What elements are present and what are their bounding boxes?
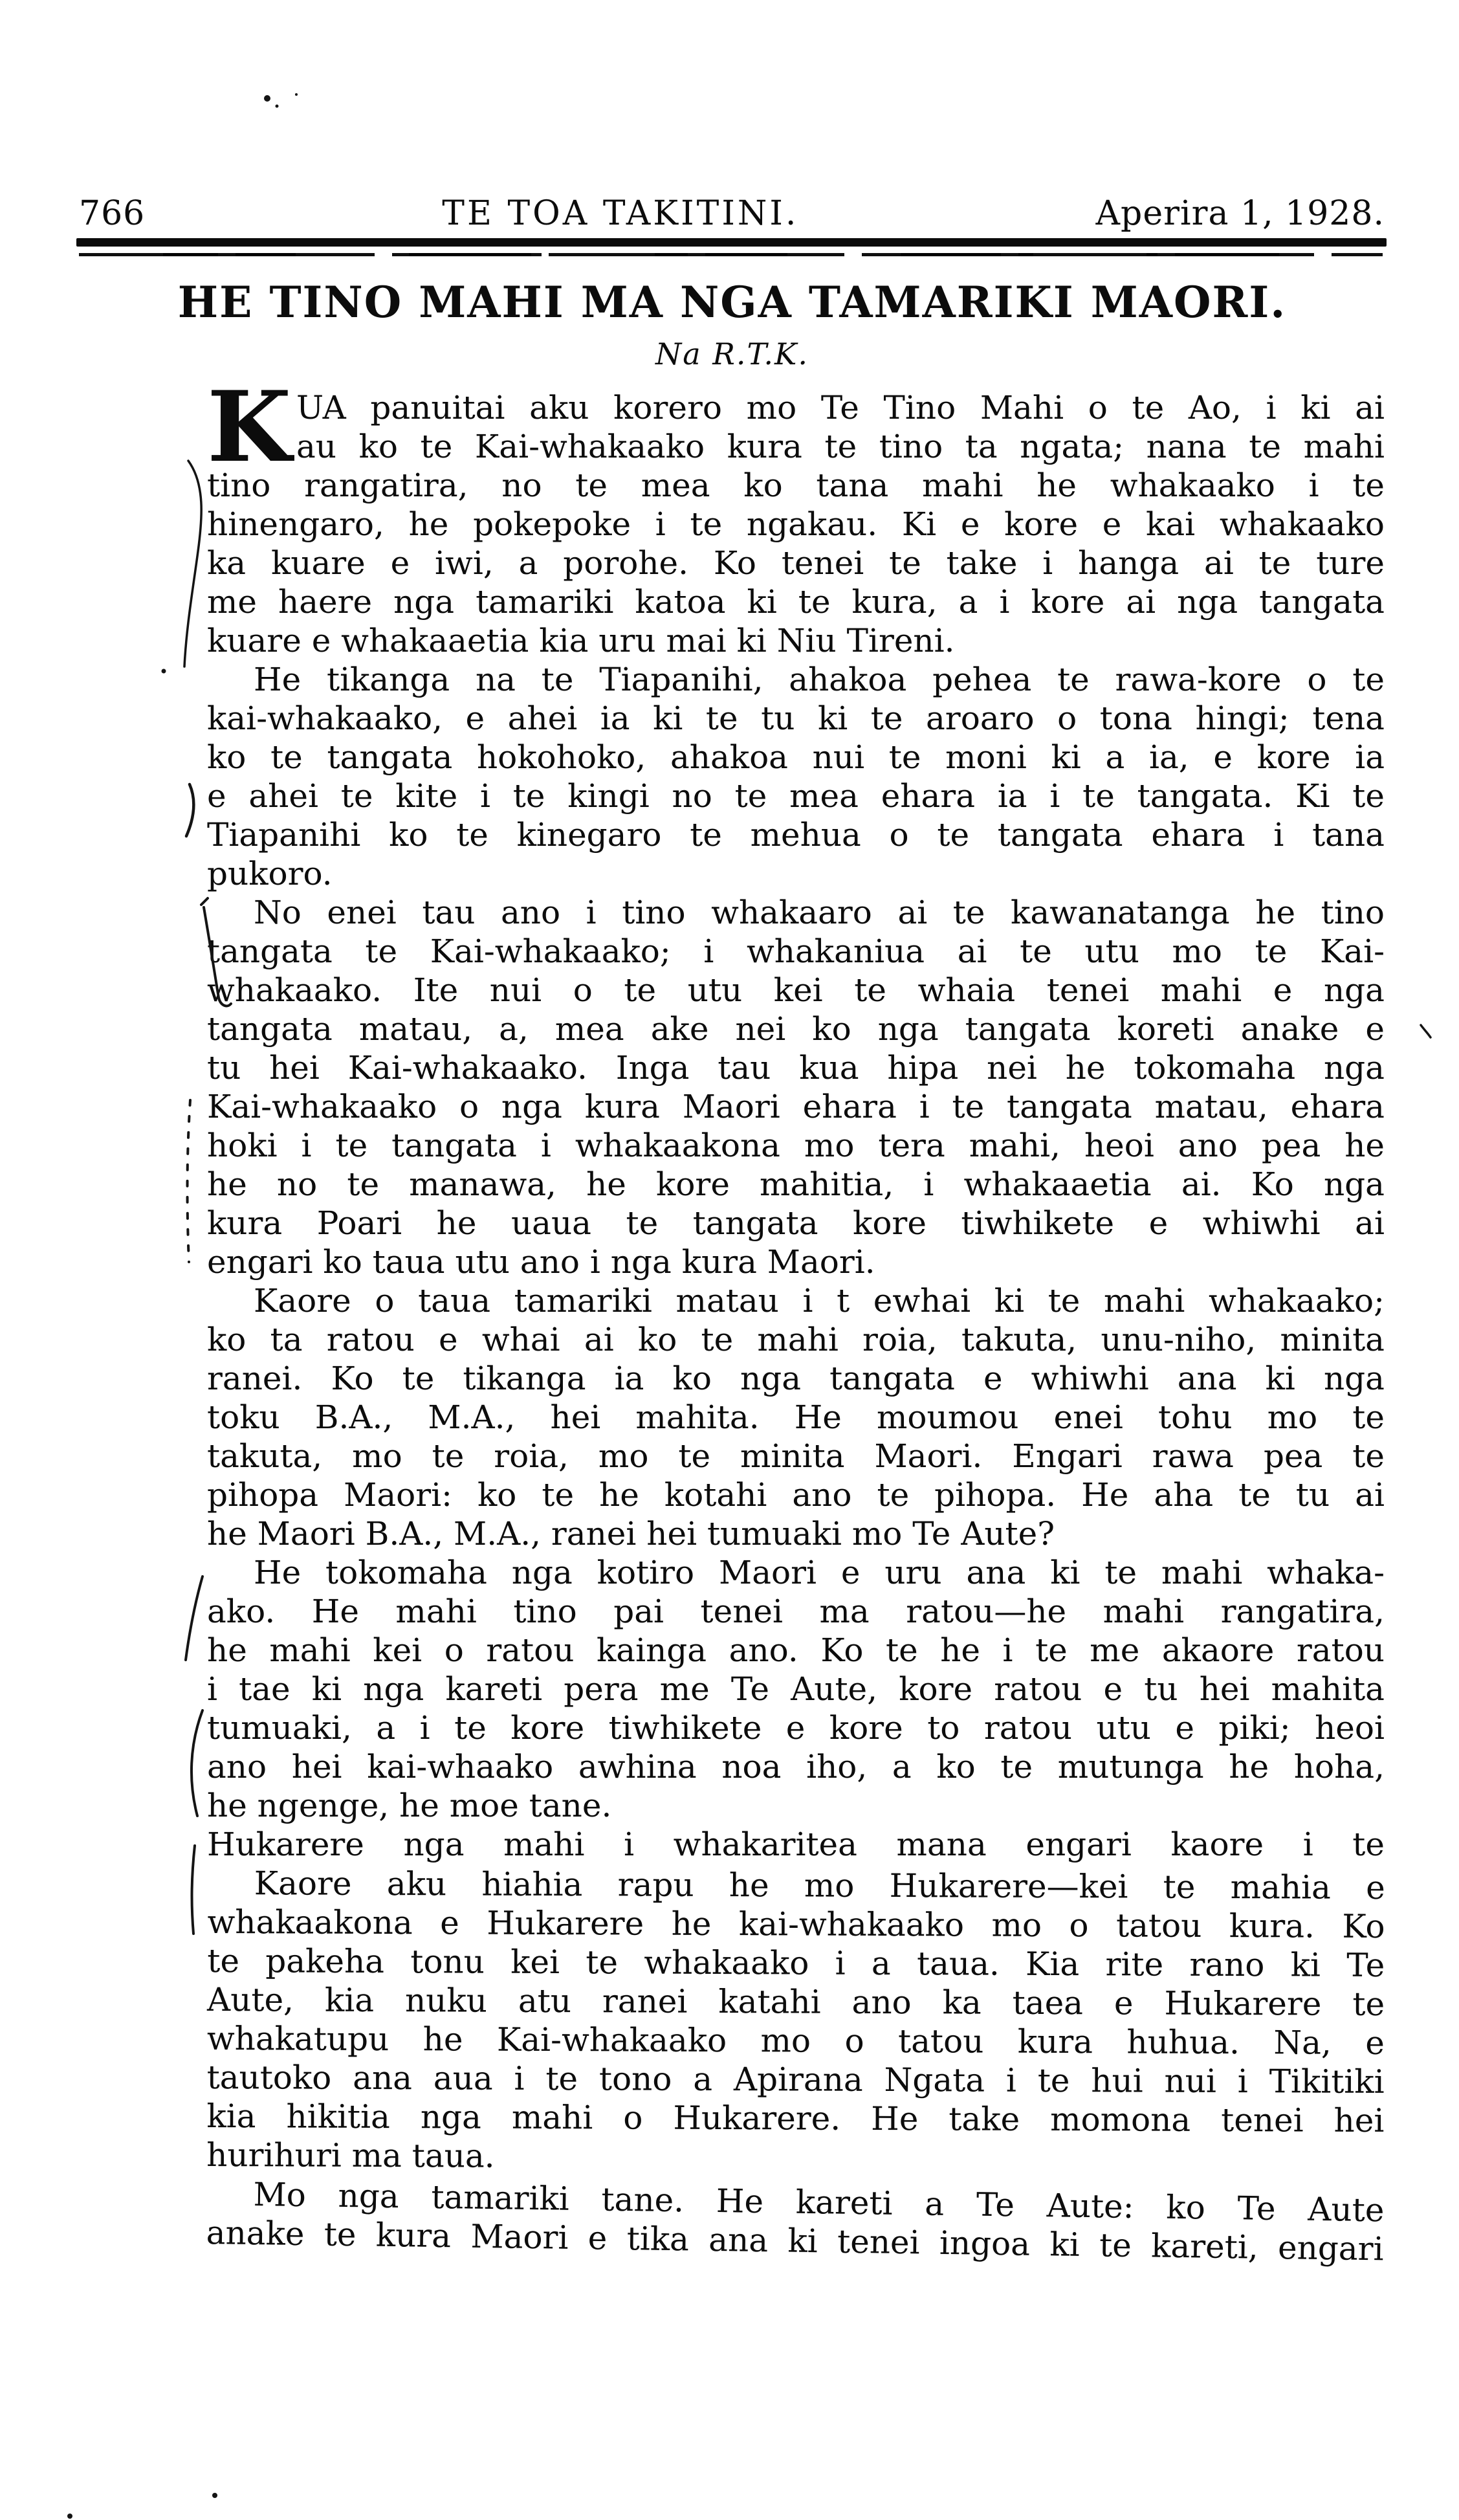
text-line: tino rangatira, no te mea ko tana mahi h… bbox=[207, 466, 1385, 505]
paper-speck bbox=[212, 2493, 217, 2498]
pencil-mark-slash bbox=[186, 1576, 203, 1660]
pencil-mark-tick bbox=[1421, 1025, 1431, 1037]
text-line: ano hei kai-whaako awhina noa iho, a ko … bbox=[207, 1747, 1385, 1786]
article-title: HE TINO MAHI MA NGA TAMARIKI MAORI. bbox=[78, 277, 1387, 327]
paragraph: He tokomaha nga kotiro Maori e uru ana k… bbox=[207, 1553, 1385, 1825]
text-line: UA panuitai aku korero mo Te Tino Mahi o… bbox=[207, 388, 1385, 427]
pencil-mark-curve bbox=[184, 461, 201, 667]
text-line: Kai-whakaako o nga kura Maori ehara i te… bbox=[207, 1087, 1385, 1126]
article-body: KUA panuitai aku korero mo Te Tino Mahi … bbox=[207, 388, 1385, 2252]
text-line: ko ta ratou e whai ai ko te mahi roia, t… bbox=[207, 1320, 1385, 1359]
text-line: hinengaro, he pokepoke i te ngakau. Ki e… bbox=[207, 505, 1385, 544]
text-line: tautoko ana aua i te tono a Apirana Ngat… bbox=[207, 2058, 1385, 2101]
text-line: au ko te Kai-whakaako kura te tino ta ng… bbox=[207, 427, 1385, 466]
text-line: pihopa Maori: ko te he kotahi ano te pih… bbox=[207, 1476, 1385, 1514]
text-line: pukoro. bbox=[207, 854, 1385, 893]
text-line: te pakeha tonu kei te whakaako i a taua.… bbox=[207, 1941, 1385, 1985]
pencil-mark-brace bbox=[186, 784, 193, 836]
text-line: ka kuare e iwi, a porohe. Ko tenei te ta… bbox=[207, 544, 1385, 582]
paper-speck bbox=[264, 95, 270, 102]
paragraph: No enei tau ano i tino whakaaro ai te ka… bbox=[207, 893, 1385, 1281]
journal-title: TE TOA TAKITINI. bbox=[145, 194, 1095, 233]
header-rule-thin bbox=[79, 253, 1383, 256]
text-line: whakaako. Ite nui o te utu kei te whaia … bbox=[207, 971, 1385, 1010]
text-line: he no te manawa, he kore mahitia, i whak… bbox=[207, 1165, 1385, 1204]
paragraph: He tikanga na te Tiapanihi, ahakoa pehea… bbox=[207, 660, 1385, 893]
paragraph: Mo nga tamariki tane. He kareti a Te Aut… bbox=[206, 2174, 1384, 2268]
text-line: toku B.A., M.A., hei mahita. He moumou e… bbox=[207, 1398, 1385, 1437]
pencil-mark-bar bbox=[192, 1846, 195, 1934]
text-line: kuare e whakaaetia kia uru mai ki Niu Ti… bbox=[207, 621, 1385, 660]
text-line: he mahi kei o ratou kainga ano. Ko te he… bbox=[207, 1631, 1385, 1670]
text-line: No enei tau ano i tino whakaaro ai te ka… bbox=[207, 893, 1385, 932]
text-line: tumuaki, a i te kore tiwhikete e kore to… bbox=[207, 1708, 1385, 1747]
text-line: tu hei Kai-whakaako. Inga tau kua hipa n… bbox=[207, 1048, 1385, 1087]
text-line: i tae ki nga kareti pera me Te Aute, kor… bbox=[207, 1670, 1385, 1708]
paragraph: Hukarere nga mahi i whakaritea mana enga… bbox=[207, 1825, 1385, 1864]
paper-speck bbox=[67, 2514, 72, 2519]
text-line: He tikanga na te Tiapanihi, ahakoa pehea… bbox=[207, 660, 1385, 699]
text-line: me haere nga tamariki katoa ki te kura, … bbox=[207, 582, 1385, 621]
text-line: ranei. Ko te tikanga ia ko nga tangata e… bbox=[207, 1359, 1385, 1398]
text-line: hoki i te tangata i whakaakona mo tera m… bbox=[207, 1126, 1385, 1165]
paper-speck bbox=[295, 93, 298, 96]
text-line: kai-whakaako, e ahei ia ki te tu ki te a… bbox=[207, 699, 1385, 738]
text-line: he Maori B.A., M.A., ranei hei tumuaki m… bbox=[207, 1514, 1385, 1553]
text-line: whakatupu he Kai-whakaako mo o tatou kur… bbox=[207, 2019, 1385, 2062]
article-byline: Na R.T.K. bbox=[78, 337, 1387, 371]
paragraph: KUA panuitai aku korero mo Te Tino Mahi … bbox=[207, 388, 1385, 660]
text-line: takuta, mo te roia, mo te minita Maori. … bbox=[207, 1437, 1385, 1476]
text-line: tangata te Kai-whakaako; i whakaniua ai … bbox=[207, 932, 1385, 971]
paper-speck bbox=[276, 105, 279, 108]
text-line: tangata matau, a, mea ake nei ko nga tan… bbox=[207, 1010, 1385, 1048]
scanned-page: 766 TE TOA TAKITINI. Aperira 1, 1928. HE… bbox=[0, 0, 1459, 2520]
text-line: Tiapanihi ko te kinegaro te mehua o te t… bbox=[207, 815, 1385, 854]
paragraph: Kaore aku hiahia rapu he mo Hukarere—kei… bbox=[206, 1864, 1385, 2179]
page-header: 766 TE TOA TAKITINI. Aperira 1, 1928. bbox=[79, 194, 1385, 234]
text-line: engari ko taua utu ano i nga kura Maori. bbox=[207, 1243, 1385, 1281]
text-line: e ahei te kite i te kingi no te mea ehar… bbox=[207, 777, 1385, 815]
text-line: He tokomaha nga kotiro Maori e uru ana k… bbox=[207, 1553, 1385, 1592]
pencil-mark-paren bbox=[192, 1710, 203, 1816]
pencil-dot bbox=[162, 669, 166, 674]
text-line: whakaakona e Hukarere he kai-whakaako mo… bbox=[207, 1903, 1385, 1946]
text-line: kura Poari he uaua te tangata kore tiwhi… bbox=[207, 1204, 1385, 1243]
header-rule-thick bbox=[76, 238, 1387, 247]
text-line: ako. He mahi tino pai tenei ma ratou—he … bbox=[207, 1592, 1385, 1631]
text-line: hurihuri ma taua. bbox=[206, 2136, 1384, 2179]
drop-cap: K bbox=[207, 391, 292, 466]
text-line: Kaore aku hiahia rapu he mo Hukarere—kei… bbox=[208, 1864, 1385, 1907]
text-line: Hukarere nga mahi i whakaritea mana enga… bbox=[207, 1825, 1385, 1864]
text-line: he ngenge, he moe tane. bbox=[207, 1786, 1385, 1825]
text-line: Aute, kia nuku atu ranei katahi ano ka t… bbox=[207, 1980, 1385, 2024]
text-line: kia hikitia nga mahi o Hukarere. He take… bbox=[206, 2097, 1384, 2140]
page-number: 766 bbox=[79, 194, 145, 233]
text-line: Kaore o taua tamariki matau i t ewhai ki… bbox=[207, 1281, 1385, 1320]
paragraph: Kaore o taua tamariki matau i t ewhai ki… bbox=[207, 1281, 1385, 1553]
pencil-mark-dashes bbox=[188, 1100, 190, 1262]
text-line: ko te tangata hokohoko, ahakoa nui te mo… bbox=[207, 738, 1385, 777]
issue-date: Aperira 1, 1928. bbox=[1096, 194, 1385, 233]
